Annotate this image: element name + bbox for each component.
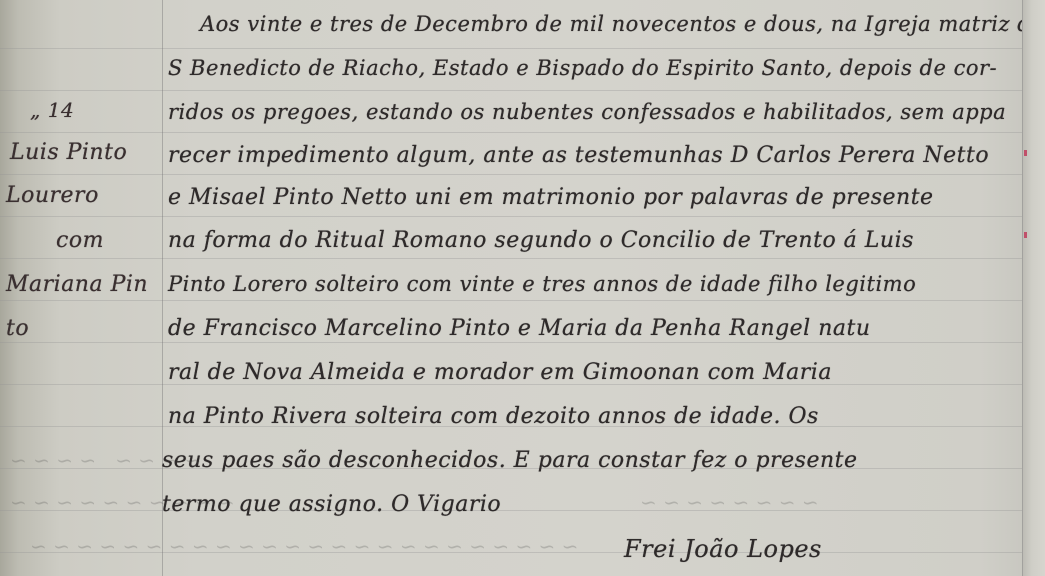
bleed-through: ~ ~ ~ ~ ~ ~ ~ ~	[640, 490, 819, 514]
body-line-8: de Francisco Marcelino Pinto e Maria da …	[168, 316, 871, 341]
ruled-line	[0, 48, 1023, 49]
body-line-7: Pinto Lorero solteiro com vinte e tres a…	[168, 272, 916, 296]
body-line-4: recer impedimento algum, ante as testemu…	[168, 143, 989, 168]
body-line-9: ral de Nova Almeida e morador em Gimoona…	[168, 360, 832, 385]
margin-groom-name: Luis Pinto	[10, 140, 127, 165]
ruled-line	[0, 342, 1023, 343]
ruled-line	[0, 174, 1023, 175]
bleed-through: ~ ~ ~ ~ ~ ~ ~ ~ ~ ~ ~ ~ ~ ~ ~ ~ ~ ~ ~ ~ …	[30, 534, 578, 558]
margin-groom-surname: Lourero	[6, 183, 99, 208]
page-edge	[1022, 0, 1045, 576]
body-line-1: Aos vinte e tres de Decembro de mil nove…	[200, 12, 1044, 36]
document-page: ~ ~ ~ ~ ~ ~ ~ ~ ~ ~ ~ ~ ~ ~ ~ ~ ~ ~ ~ ~ …	[0, 0, 1045, 576]
ruled-line	[0, 300, 1023, 301]
margin-bride-name-cont: to	[6, 316, 29, 341]
ruled-line	[0, 132, 1023, 133]
entry-number: „ 14	[30, 98, 74, 122]
body-line-3: ridos os pregoes, estando os nubentes co…	[168, 100, 1006, 124]
red-ink-mark	[1024, 232, 1027, 238]
body-line-2: S Benedicto de Riacho, Estado e Bispado …	[168, 56, 997, 80]
body-line-5: e Misael Pinto Netto uni em matrimonio p…	[168, 185, 934, 210]
body-line-11: seus paes são desconhecidos. E para cons…	[162, 448, 858, 473]
margin-bride-name: Mariana Pin	[6, 272, 148, 297]
body-line-6: na forma do Ritual Romano segundo o Conc…	[168, 228, 914, 253]
ruled-line	[0, 90, 1023, 91]
margin-com: com	[56, 228, 104, 253]
priest-signature: Frei João Lopes	[624, 535, 822, 563]
ruled-line	[0, 258, 1023, 259]
body-line-10: na Pinto Rivera solteira com dezoito ann…	[168, 404, 819, 429]
ruled-line	[0, 216, 1023, 217]
red-ink-mark	[1024, 150, 1027, 156]
body-line-12: termo que assigno. O Vigario	[162, 492, 501, 517]
